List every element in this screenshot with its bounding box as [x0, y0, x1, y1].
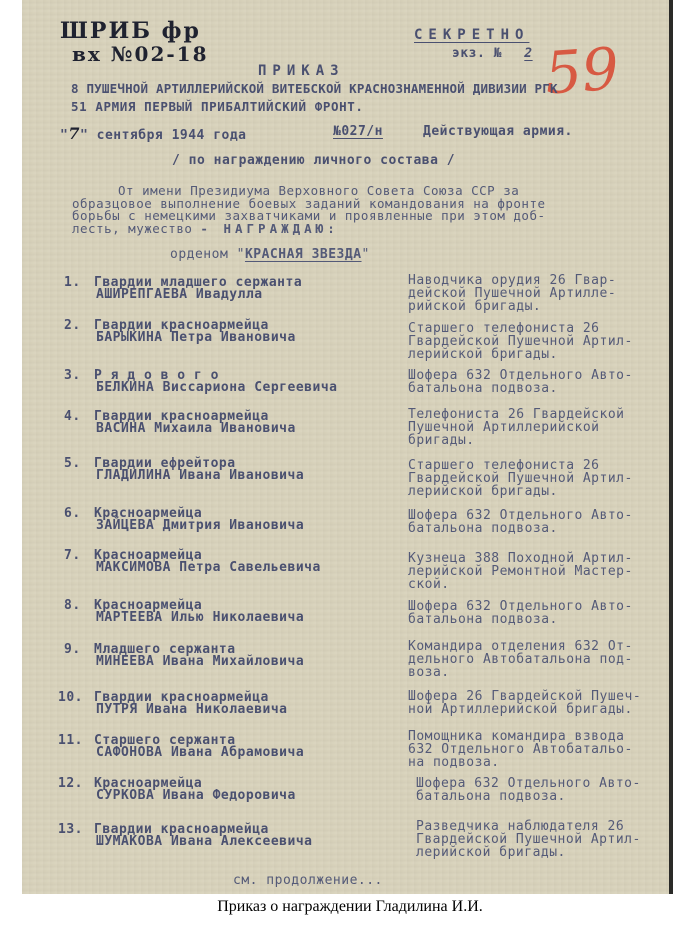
award-entry-9-position: Командира отделения 632 От- дельного Авт… — [408, 640, 670, 679]
order-award-line: орденом "КРАСНАЯ ЗВЕЗДА" — [170, 247, 370, 262]
entry-number: 12. — [58, 776, 83, 791]
order-award-prefix: орденом " — [170, 247, 245, 262]
award-entry-1-position: Наводчика орудия 26 Гвар- дейской Пушечн… — [408, 274, 670, 313]
award-entry-6-position: Шофера 632 Отдельного Авто- батальона по… — [408, 509, 670, 535]
award-entry-13-position: Разведчика наблюдателя 26 Гвардейской Пу… — [416, 820, 678, 859]
order-date-line: "7" сентября 1944 года — [60, 124, 247, 143]
entry-number: 13. — [58, 822, 83, 837]
continued-note: см. продолжение... — [233, 873, 383, 888]
entry-number: 3. — [64, 368, 81, 383]
award-entry-8-position: Шофера 632 Отдельного Авто- батальона по… — [408, 600, 670, 626]
preamble-line-4: лесть, мужество - НАГРАЖДАЮ: — [72, 221, 339, 236]
entry-name: БЕЛКИНА Виссариона Сергеевича — [96, 380, 337, 395]
document-title: ПРИКАЗ — [258, 63, 345, 79]
entry-number: 9. — [64, 642, 81, 657]
entry-number: 2. — [64, 318, 81, 333]
award-entry-5-position: Старшего телефониста 26 Гвардейской Пуше… — [408, 459, 670, 498]
position-line: батальона подвоза. — [408, 522, 670, 535]
position-line: батальона подвоза. — [416, 790, 678, 803]
entry-name: МАРТЕЕВА Илью Николаевича — [96, 610, 304, 625]
entry-number: 6. — [64, 506, 81, 521]
award-verb: - НАГРАЖДАЮ: — [200, 221, 338, 236]
entry-name: БАРЫКИНА Петра Ивановича — [96, 330, 296, 345]
entry-name: САФОНОВА Ивана Абрамовича — [96, 745, 304, 760]
position-line: рийской бригады. — [408, 300, 670, 313]
order-number: №027/н — [333, 124, 383, 139]
position-line: лерийской бригады. — [408, 485, 670, 498]
copy-label: экз. № — [452, 46, 502, 61]
award-entry-10-position: Шофера 26 Гвардейской Пушеч- ной Артилле… — [408, 690, 670, 716]
entry-number: 11. — [58, 733, 83, 748]
entry-name: ПУТРЯ Ивана Николаевича — [96, 702, 288, 717]
entry-number: 7. — [64, 548, 81, 563]
position-line: ной Артиллерийской бригады. — [408, 703, 670, 716]
classification-label: СЕКРЕТНО — [414, 27, 529, 43]
unit-line-2: 51 АРМИЯ ПЕРВЫЙ ПРИБАЛТИЙСКИЙ ФРОНТ. — [71, 99, 364, 114]
entry-name: ШУМАКОВА Ивана Алексеевича — [96, 834, 313, 849]
entry-name: ВАСИНА Михаила Ивановича — [96, 421, 296, 436]
registry-stamp-line2: вх №02-18 — [72, 42, 209, 66]
position-line: батальона подвоза. — [408, 613, 670, 626]
copy-number: 2 — [510, 46, 546, 61]
position-line: бригады. — [408, 434, 670, 447]
position-line: лерийской бригады. — [416, 846, 678, 859]
preamble-line-4-text: лесть, мужество — [72, 221, 192, 236]
position-line: воза. — [408, 666, 670, 679]
award-entry-3-position: Шофера 632 Отдельного Авто- батальона по… — [408, 369, 670, 395]
unit-line-1: 8 ПУШЕЧНОЙ АРТИЛЛЕРИЙСКОЙ ВИТЕБСКОЙ КРАС… — [71, 81, 558, 96]
entry-name: ЗАЙЦЕВА Дмитрия Ивановича — [96, 518, 304, 533]
order-award-name: КРАСНАЯ ЗВЕЗДА — [245, 247, 362, 262]
location: Действующая армия. — [423, 124, 573, 139]
entry-number: 10. — [58, 690, 83, 705]
position-line: на подвоза. — [408, 756, 670, 769]
award-entry-7-position: Кузнеца 388 Походной Артил- лерийской Ре… — [408, 552, 670, 591]
position-line: лерийской бригады. — [408, 348, 670, 361]
entry-number: 5. — [64, 456, 81, 471]
date-day: 7 — [68, 124, 80, 143]
copy-number-line: экз. № 2 — [452, 46, 547, 61]
order-subject: / по награждению личного состава / — [172, 153, 455, 168]
entry-number: 1. — [64, 275, 81, 290]
entry-number: 4. — [64, 409, 81, 424]
award-entry-2-position: Старшего телефониста 26 Гвардейской Пуше… — [408, 322, 670, 361]
entry-name: МИНЕЕВА Ивана Михайловича — [96, 654, 304, 669]
award-entry-11-position: Помощника командира взвода 632 Отдельног… — [408, 730, 670, 769]
position-line: батальона подвоза. — [408, 382, 670, 395]
entry-name: ГЛАДИЛИНА Ивана Ивановича — [96, 468, 304, 483]
award-entry-12-position: Шофера 632 Отдельного Авто- батальона по… — [416, 777, 678, 803]
award-entry-4-position: Телефониста 26 Гвардейской Пушечной Арти… — [408, 408, 670, 447]
registry-stamp-line1: ШРИБ фр — [60, 18, 201, 44]
order-award-suffix: " — [362, 247, 370, 262]
entry-name: СУРКОВА Ивана Федоровича — [96, 788, 296, 803]
position-line: ской. — [408, 578, 670, 591]
image-caption: Приказ о награждении Гладилина И.И. — [0, 898, 700, 916]
entry-name: МАКСИМОВА Петра Савельевича — [96, 560, 321, 575]
date-month-year: сентября 1944 года — [97, 128, 247, 143]
entry-number: 8. — [64, 598, 81, 613]
entry-name: АШИРЕПГАЕВА Ивадулла — [96, 287, 263, 302]
